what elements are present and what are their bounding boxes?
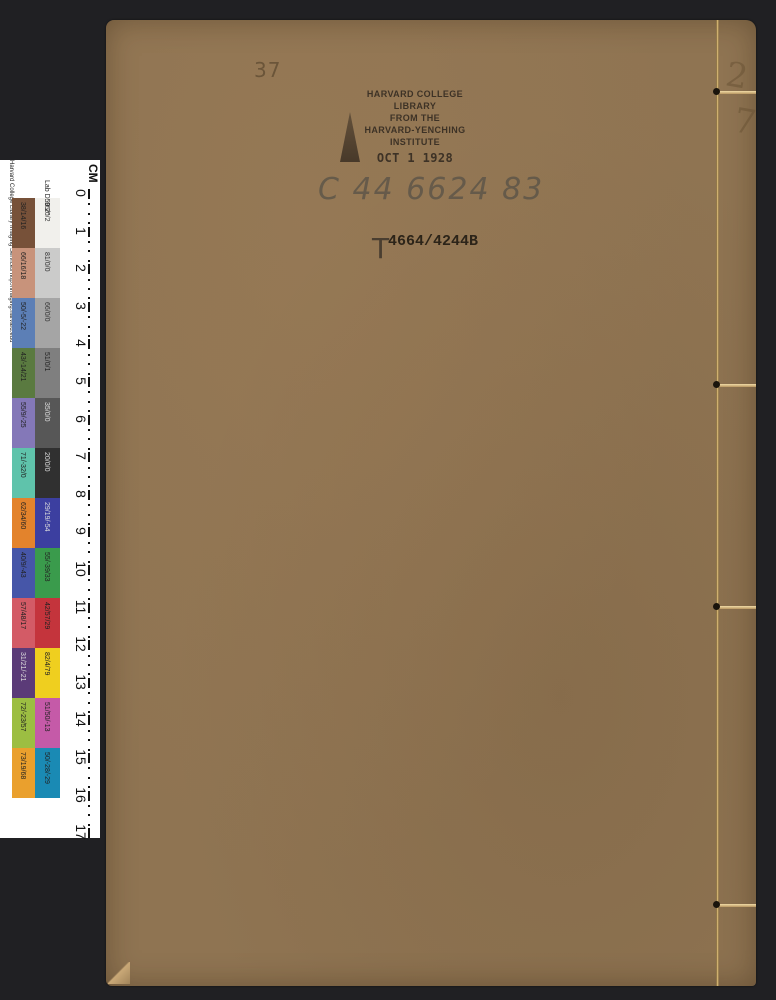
ruler-dot [88, 814, 90, 816]
patch-label: 66/16/18 [19, 252, 26, 279]
stamp-line: FROM THE [345, 112, 485, 124]
ruler-number: 13 [73, 673, 89, 691]
ruler-dot [88, 401, 90, 403]
ruler-dot [88, 250, 90, 252]
color-patch: 29/19/-54 [35, 498, 60, 548]
color-patch: 81/0/0 [35, 248, 60, 298]
stitch-hole [713, 901, 720, 908]
ruler-dot [88, 664, 90, 666]
ruler-dot [88, 326, 90, 328]
patch-label: 20/0/0 [43, 452, 50, 471]
ruler-dot [88, 692, 90, 694]
ruler-number: 0 [73, 184, 89, 202]
ruler-dot [88, 467, 90, 469]
patch-label: 62/34/60 [19, 502, 26, 529]
color-patch: 20/0/0 [35, 448, 60, 498]
ruler-dot [88, 363, 90, 365]
ruler-dot [88, 514, 90, 516]
ruler-dot [88, 354, 90, 356]
patch-label: 57/48/17 [19, 602, 26, 629]
ruler-number: 8 [73, 485, 89, 503]
stamp-line: HARVARD-YENCHING [345, 124, 485, 136]
color-patch: 40/9/-43 [12, 548, 35, 598]
ruler-number: 11 [73, 598, 89, 616]
ruler-number: 6 [73, 410, 89, 428]
ruler-number: 2 [73, 259, 89, 277]
color-patch-column: 38/14/1666/16/1850/-5/-2243/-14/2155/9/-… [12, 198, 35, 798]
ruler-dot [88, 203, 90, 205]
ruler-number: 7 [73, 447, 89, 465]
library-stamp: HARVARD COLLEGE LIBRARY FROM THE HARVARD… [345, 88, 485, 164]
stamp-line: INSTITUTE [345, 136, 485, 148]
color-patch: 57/48/17 [12, 598, 35, 648]
color-patch: 42/57/29 [35, 598, 60, 648]
ruler-number: 3 [73, 297, 89, 315]
cm-unit-label: CM [86, 164, 100, 183]
ruler-dot [88, 504, 90, 506]
patch-label: 82/4/79 [43, 652, 50, 675]
ruler-number: 17 [73, 823, 89, 841]
ruler-dot [88, 288, 90, 290]
patch-label: 29/19/-54 [43, 502, 50, 532]
ruler-number: 1 [73, 222, 89, 240]
typed-call-number: 4664/4244B [388, 233, 478, 250]
patch-label: 81/0/0 [43, 252, 50, 271]
color-patch: 51/0/1 [35, 348, 60, 398]
binding-stitch [716, 606, 756, 609]
color-patch: 50/-28/-29 [35, 748, 60, 798]
patch-label: 66/0/0 [43, 302, 50, 321]
color-patch: 62/34/60 [12, 498, 35, 548]
stamp-date: OCT 1 1928 [345, 152, 485, 164]
color-calibration-target: Harvard College Library Imaging Services… [0, 160, 100, 838]
patch-label: 51/0/1 [43, 352, 50, 371]
ruler-number: 5 [73, 372, 89, 390]
ruler-dot [88, 702, 90, 704]
ruler-dot [88, 241, 90, 243]
ruler-number: 9 [73, 522, 89, 540]
stitch-hole [713, 88, 720, 95]
patch-label: 72/-23/57 [19, 702, 26, 732]
color-patch: 43/-14/21 [12, 348, 35, 398]
patch-label: 51/50/-13 [43, 702, 50, 732]
ruler-dot [88, 589, 90, 591]
ruler-dot [88, 391, 90, 393]
stitch-hole [713, 603, 720, 610]
ruler-dot [88, 316, 90, 318]
color-patch: 35/0/0 [35, 398, 60, 448]
cm-ruler: CM 01234567891011121314151617 [60, 160, 100, 838]
ruler-dot [88, 626, 90, 628]
patch-label: 35/0/0 [43, 402, 50, 421]
color-patch: 82/4/79 [35, 648, 60, 698]
ruler-dot [88, 429, 90, 431]
color-patch: 73/19/68 [12, 748, 35, 798]
color-patch: 51/50/-13 [35, 698, 60, 748]
spine-fold-line [716, 20, 719, 986]
patch-label: 50/-28/-29 [43, 752, 50, 784]
patch-label: 55/9/-25 [19, 402, 26, 428]
ruler-dot [88, 739, 90, 741]
ruler-dot [88, 730, 90, 732]
ruler-number: 10 [73, 560, 89, 578]
target-credit: Harvard College Library Imaging Services… [0, 160, 12, 838]
pencil-number: 37 [254, 58, 281, 82]
ruler-dot [88, 279, 90, 281]
patch-label: 38/14/16 [19, 202, 26, 229]
patch-label: 55/-39/33 [43, 552, 50, 582]
patch-label: 42/57/29 [43, 602, 50, 629]
ruler-dot [88, 551, 90, 553]
lab-scale-label: Lab D50 2° [43, 180, 50, 215]
color-patch: 50/-5/-22 [12, 298, 35, 348]
color-patch: 66/16/18 [12, 248, 35, 298]
patch-label: 43/-14/21 [19, 352, 26, 382]
color-patch: 55/-39/33 [35, 548, 60, 598]
stitch-hole [713, 381, 720, 388]
ruler-number: 16 [73, 786, 89, 804]
ruler-number: 4 [73, 334, 89, 352]
ruler-dot [88, 542, 90, 544]
gray-patch-column: 95/0/281/0/066/0/051/0/135/0/020/0/029/1… [35, 198, 60, 798]
patch-label: 73/19/68 [19, 752, 26, 779]
ruler-dot [88, 805, 90, 807]
patch-label: 31/21/-21 [19, 652, 26, 682]
patch-label: 71/-32/0 [19, 452, 26, 478]
ruler-number: 15 [73, 748, 89, 766]
ruler-dot [88, 476, 90, 478]
ruler-number: 14 [73, 710, 89, 728]
color-patch: 72/-23/57 [12, 698, 35, 748]
color-patch: 38/14/16 [12, 198, 35, 248]
patch-label: 50/-5/-22 [19, 302, 26, 330]
handwritten-call-number: C 44 6624 83 [318, 172, 544, 207]
color-patch: 31/21/-21 [12, 648, 35, 698]
ruler-number: 12 [73, 635, 89, 653]
ruler-dot [88, 767, 90, 769]
ruler-dot [88, 655, 90, 657]
ruler-dot [88, 438, 90, 440]
ruler-dot [88, 777, 90, 779]
color-patch: 55/9/-25 [12, 398, 35, 448]
ruler-dot [88, 579, 90, 581]
color-patch: 66/0/0 [35, 298, 60, 348]
binding-stitch [716, 904, 756, 907]
binding-stitch [716, 384, 756, 387]
worn-corner [108, 962, 130, 984]
ruler-dot [88, 617, 90, 619]
stamp-line: HARVARD COLLEGE LIBRARY [345, 88, 485, 112]
ruler-dot [88, 213, 90, 215]
color-patch: 71/-32/0 [12, 448, 35, 498]
typed-call-number-prefix: T [372, 232, 389, 265]
patch-label: 40/9/-43 [19, 552, 26, 578]
